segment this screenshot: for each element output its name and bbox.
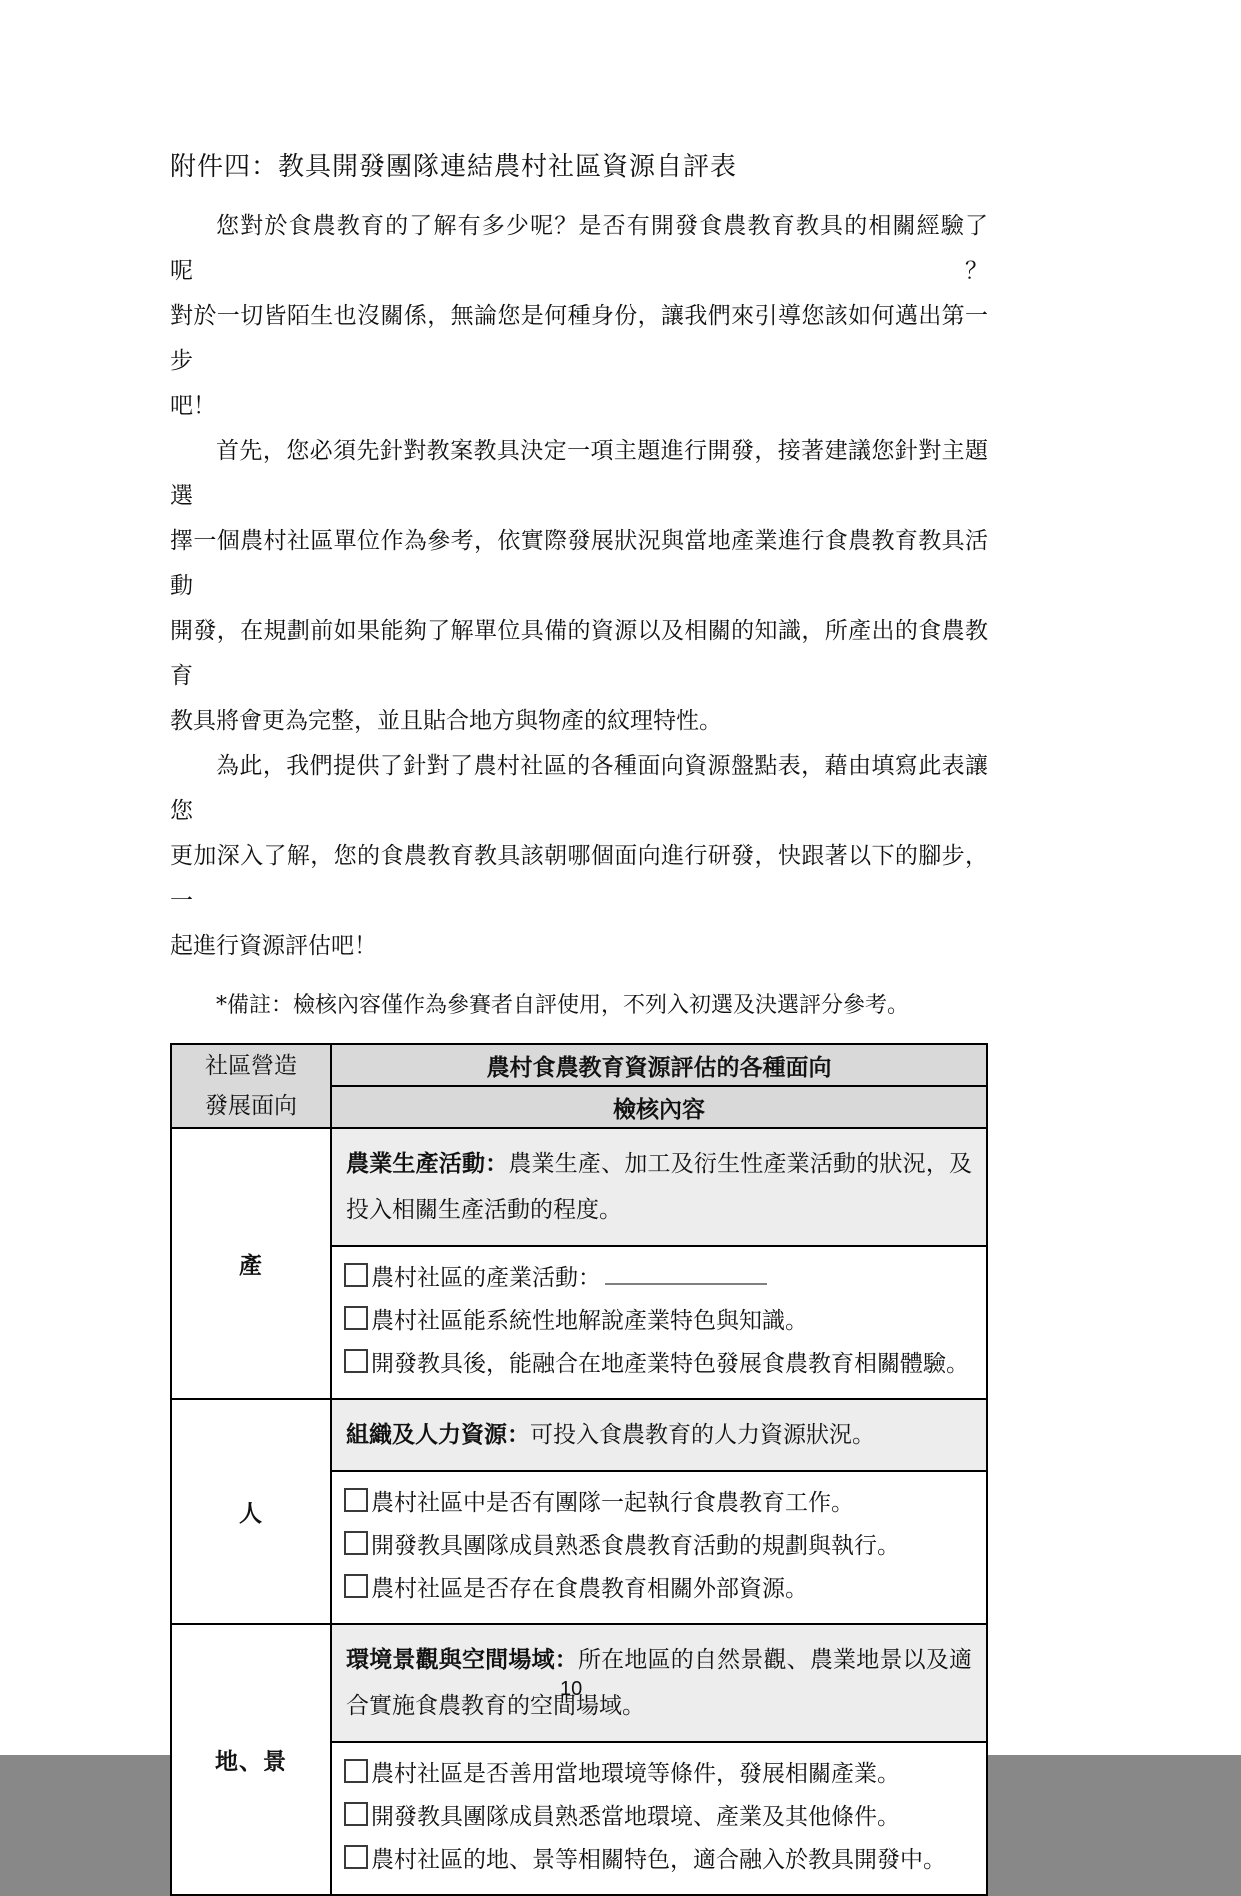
paragraph-line: 開發，在規劃前如果能夠了解單位具備的資源以及相關的知識，所產出的食農教育 — [170, 609, 988, 699]
dimension-cell-production: 產 — [171, 1128, 331, 1399]
checklist-item: 開發教具團隊成員熟悉當地環境、產業及其他條件。 — [344, 1796, 974, 1839]
description-label: 農業生產活動： — [346, 1150, 508, 1177]
assessment-table: 社區營造 發展面向 農村食農教育資源評估的各種面向 檢核內容 產 農業生產活動：… — [170, 1043, 988, 1896]
checkbox-icon[interactable] — [344, 1306, 368, 1330]
dimension-cell-people: 人 — [171, 1399, 331, 1624]
checklist-item-label: 農村社區中是否有團隊一起執行食農教育工作。 — [371, 1490, 854, 1516]
fill-in-blank[interactable] — [605, 1265, 767, 1285]
instruction-paragraph: 首先，您必須先針對教案教具決定一項主題進行開發，接著建議您針對主題選 擇一個農村… — [170, 429, 988, 744]
checklist-item: 農村社區能系統性地解說產業特色與知識。 — [344, 1300, 974, 1343]
description-label: 組織及人力資源： — [346, 1421, 530, 1448]
description-cell-land-landscape: 環境景觀與空間場域：所在地區的自然景觀、農業地景以及適合實施食農教育的空間場域。 — [331, 1624, 987, 1742]
checklist-item-label: 農村社區是否善用當地環境等條件，發展相關產業。 — [371, 1761, 900, 1787]
paragraph-line: 對於一切皆陌生也沒關係，無論您是何種身份，讓我們來引導您該如何邁出第一步 — [170, 294, 988, 384]
checklist-item-label: 農村社區的產業活動： — [371, 1265, 601, 1291]
checklist-item: 農村社區是否善用當地環境等條件，發展相關產業。 — [344, 1753, 974, 1796]
paragraph-line: 更加深入了解，您的食農教育教具該朝哪個面向進行研發，快跟著以下的腳步，一 — [170, 834, 988, 924]
col-header-dimension-line1: 社區營造 — [173, 1046, 329, 1086]
checkbox-icon[interactable] — [344, 1759, 368, 1783]
col-header-dimension: 社區營造 發展面向 — [171, 1044, 331, 1128]
intro-paragraph: 您對於食農教育的了解有多少呢？是否有開發食農教育教具的相關經驗了呢？ 對於一切皆… — [170, 204, 988, 429]
description-cell-production: 農業生產活動：農業生產、加工及衍生性產業活動的狀況，及投入相關生產活動的程度。 — [331, 1128, 987, 1246]
page-title: 附件四：教具開發團隊連結農村社區資源自評表 — [170, 148, 988, 186]
purpose-paragraph: 為此，我們提供了針對了農村社區的各種面向資源盤點表，藉由填寫此表讓您 更加深入了… — [170, 744, 988, 969]
page-number: 10 — [560, 1678, 582, 1701]
checklist-item-label: 開發教具團隊成員熟悉食農教育活動的規劃與執行。 — [371, 1533, 900, 1559]
paragraph-line: 教具將會更為完整，並且貼合地方與物產的紋理特性。 — [170, 699, 988, 744]
checklist-item: 農村社區是否存在食農教育相關外部資源。 — [344, 1568, 974, 1611]
paragraph-line: 為此，我們提供了針對了農村社區的各種面向資源盤點表，藉由填寫此表讓您 — [170, 744, 988, 834]
col-header-title: 農村食農教育資源評估的各種面向 — [331, 1044, 987, 1086]
dimension-cell-land-landscape: 地、景 — [171, 1624, 331, 1895]
checklist-cell-land-landscape: 農村社區是否善用當地環境等條件，發展相關產業。 開發教具團隊成員熟悉當地環境、產… — [331, 1742, 987, 1895]
description-label: 環境景觀與空間場域： — [346, 1646, 578, 1673]
remark-note: *備註：檢核內容僅作為參賽者自評使用，不列入初選及決選評分參考。 — [216, 989, 988, 1023]
checklist-cell-production: 農村社區的產業活動： 農村社區能系統性地解說產業特色與知識。 開發教具後，能融合… — [331, 1246, 987, 1399]
paragraph-line: 首先，您必須先針對教案教具決定一項主題進行開發，接著建議您針對主題選 — [170, 429, 988, 519]
col-header-dimension-line2: 發展面向 — [173, 1086, 329, 1126]
paragraph-line: 您對於食農教育的了解有多少呢？是否有開發食農教育教具的相關經驗了呢？ — [170, 204, 988, 294]
checklist-item: 開發教具團隊成員熟悉食農教育活動的規劃與執行。 — [344, 1525, 974, 1568]
document-page: 附件四：教具開發團隊連結農村社區資源自評表 您對於食農教育的了解有多少呢？是否有… — [0, 0, 1241, 1755]
checklist-cell-people: 農村社區中是否有團隊一起執行食農教育工作。 開發教具團隊成員熟悉食農教育活動的規… — [331, 1471, 987, 1624]
checklist-item: 開發教具後，能融合在地產業特色發展食農教育相關體驗。 — [344, 1343, 974, 1386]
checklist-item: 農村社區的產業活動： — [344, 1257, 974, 1300]
checkbox-icon[interactable] — [344, 1802, 368, 1826]
checklist-item-label: 農村社區能系統性地解說產業特色與知識。 — [371, 1308, 808, 1334]
checklist-item: 農村社區中是否有團隊一起執行食農教育工作。 — [344, 1482, 974, 1525]
paragraph-line: 擇一個農村社區單位作為參考，依實際發展狀況與當地產業進行食農教育教具活動 — [170, 519, 988, 609]
checkbox-icon[interactable] — [344, 1488, 368, 1512]
checklist-item-label: 開發教具團隊成員熟悉當地環境、產業及其他條件。 — [371, 1804, 900, 1830]
col-header-content: 檢核內容 — [331, 1086, 987, 1128]
checklist-item-label: 農村社區的地、景等相關特色，適合融入於教具開發中。 — [371, 1847, 946, 1873]
paragraph-line: 吧！ — [170, 384, 988, 429]
paragraph-line: 起進行資源評估吧！ — [170, 924, 988, 969]
checkbox-icon[interactable] — [344, 1574, 368, 1598]
checkbox-icon[interactable] — [344, 1349, 368, 1373]
checklist-item-label: 開發教具後，能融合在地產業特色發展食農教育相關體驗。 — [371, 1351, 969, 1377]
description-text: 可投入食農教育的人力資源狀況。 — [530, 1422, 875, 1448]
description-cell-people: 組織及人力資源：可投入食農教育的人力資源狀況。 — [331, 1399, 987, 1471]
checklist-item: 農村社區的地、景等相關特色，適合融入於教具開發中。 — [344, 1839, 974, 1882]
checkbox-icon[interactable] — [344, 1845, 368, 1869]
checkbox-icon[interactable] — [344, 1263, 368, 1287]
checkbox-icon[interactable] — [344, 1531, 368, 1555]
checklist-item-label: 農村社區是否存在食農教育相關外部資源。 — [371, 1576, 808, 1602]
